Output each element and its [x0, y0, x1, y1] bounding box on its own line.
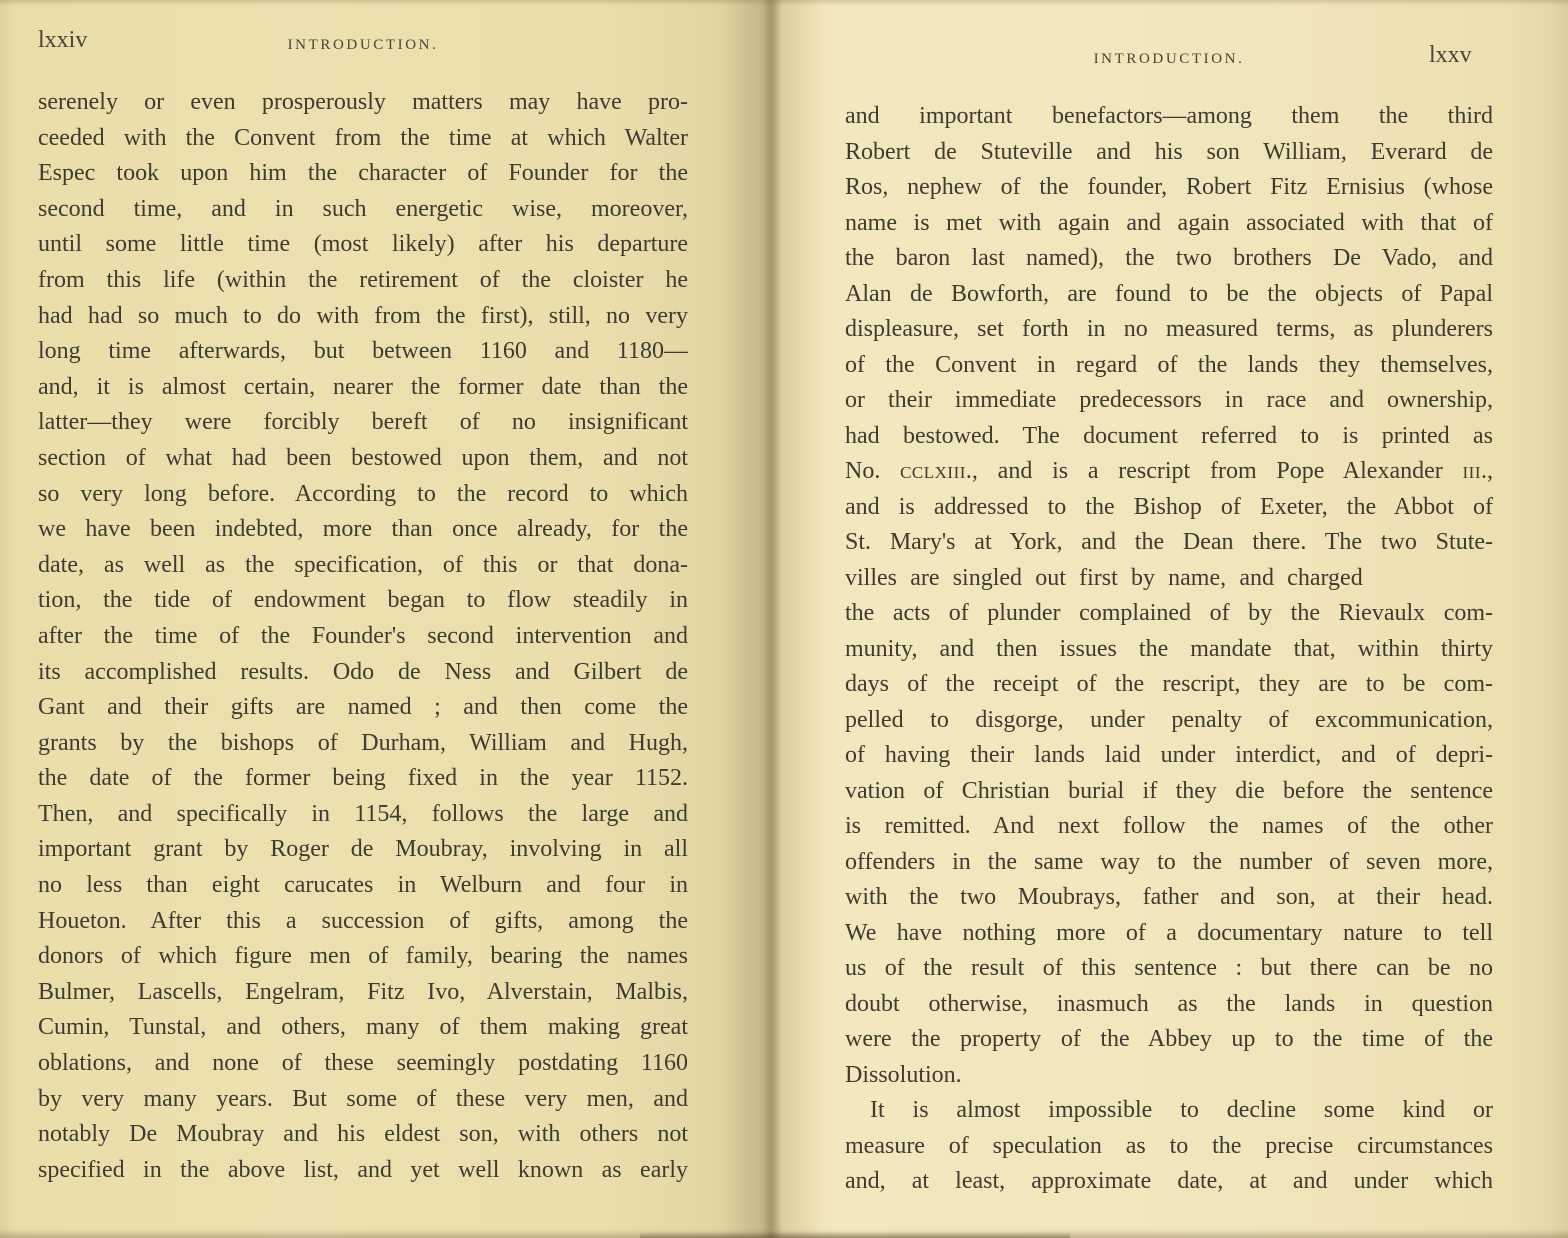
text-line: No. cclxiii., and is a rescript from Pop… [845, 454, 1493, 490]
text-line: Espec took upon him the character of Fou… [38, 156, 688, 192]
text-line: Alan de Bowforth, are found to be the ob… [845, 277, 1493, 313]
text-line: doubt otherwise, inasmuch as the lands i… [845, 987, 1493, 1023]
text-line: offenders in the same way to the number … [845, 845, 1493, 881]
text-line: Dissolution. [845, 1058, 1493, 1094]
text-line: displeasure, set forth in no measured te… [845, 312, 1493, 348]
text-line: It is almost impossible to decline some … [845, 1093, 1493, 1129]
text-line: after the time of the Founder's second i… [38, 619, 688, 655]
text-line: oblations, and none of these seemingly p… [38, 1046, 688, 1082]
text-line: date, as well as the specification, of t… [38, 548, 688, 584]
text-segment: No. [845, 458, 900, 484]
text-line: vation of Christian burial if they die b… [845, 774, 1493, 810]
text-line: donors of which figure men of family, be… [38, 939, 688, 975]
small-caps-numeral: cclxiii [900, 458, 966, 484]
left-running-header: INTRODUCTION. [38, 37, 688, 54]
text-line: important grant by Roger de Moubray, inv… [38, 832, 688, 868]
text-line: of the Convent in regard of the lands th… [845, 348, 1493, 384]
text-segment: ., [1481, 458, 1493, 484]
text-line: name is met with again and again associa… [845, 206, 1493, 242]
text-line: latter—they were forcibly bereft of no i… [38, 405, 688, 441]
text-line: pelled to disgorge, under penalty of exc… [845, 703, 1493, 739]
text-line: section of what had been bestowed upon t… [38, 441, 688, 477]
text-line: the acts of plunder complained of by the… [845, 596, 1493, 632]
text-line: St. Mary's at York, and the Dean there. … [845, 525, 1493, 561]
text-line: grants by the bishops of Durham, William… [38, 726, 688, 762]
text-line: the date of the former being fixed in th… [38, 761, 688, 797]
book-gutter-shadow [722, 0, 822, 1238]
text-line: us of the result of this sentence : but … [845, 951, 1493, 987]
text-line: its accomplished results. Odo de Ness an… [38, 655, 688, 691]
text-line: the baron last named), the two brothers … [845, 241, 1493, 277]
text-line: and, at least, approximate date, at and … [845, 1164, 1493, 1200]
text-line: tion, the tide of endowment began to flo… [38, 583, 688, 619]
right-page-number: lxxv [1429, 42, 1472, 69]
text-line: from this life (within the retirement of… [38, 263, 688, 299]
text-line: villes are singled out first by name, an… [845, 561, 1493, 597]
text-line: of having their lands laid under interdi… [845, 738, 1493, 774]
text-line: no less than eight carucates in Welburn … [38, 868, 688, 904]
text-line: is remitted. And next follow the names o… [845, 809, 1493, 845]
text-line: specified in the above list, and yet wel… [38, 1153, 688, 1189]
top-edge-shadow [0, 0, 1568, 6]
text-line: ceeded with the Convent from the time at… [38, 121, 688, 157]
text-line: by very many years. But some of these ve… [38, 1082, 688, 1118]
text-line: had bestowed. The document referred to i… [845, 419, 1493, 455]
text-segment: ., and is a rescript from Pope Alexander [966, 458, 1463, 484]
text-line: second time, and in such energetic wise,… [38, 192, 688, 228]
left-page-text: serenely or even prosperously matters ma… [38, 85, 688, 1188]
book-scan-spread: { "document": { "kind": "scanned book sp… [0, 0, 1568, 1238]
text-line: serenely or even prosperously matters ma… [38, 85, 688, 121]
text-line: we have been indebted, more than once al… [38, 512, 688, 548]
text-line: were the property of the Abbey up to the… [845, 1022, 1493, 1058]
text-line: Cumin, Tunstal, and others, many of them… [38, 1010, 688, 1046]
text-line: Gant and their gifts are named ; and the… [38, 690, 688, 726]
text-line: Ros, nephew of the founder, Robert Fitz … [845, 170, 1493, 206]
text-line: We have nothing more of a documentary na… [845, 916, 1493, 952]
text-line: and is addressed to the Bishop of Exeter… [845, 490, 1493, 526]
bottom-edge-smudge [640, 1232, 1070, 1238]
text-line: Then, and specifically in 1154, follows … [38, 797, 688, 833]
text-line: Houeton. After this a succession of gift… [38, 904, 688, 940]
text-line: long time afterwards, but between 1160 a… [38, 334, 688, 370]
text-line: Robert de Stuteville and his son William… [845, 135, 1493, 171]
right-page-text: and important benefactors—among them the… [845, 99, 1493, 1200]
text-line: so very long before. According to the re… [38, 477, 688, 513]
small-caps-numeral: iii [1463, 458, 1481, 484]
right-running-header: INTRODUCTION. [845, 51, 1493, 68]
text-line: and important benefactors—among them the… [845, 99, 1493, 135]
text-line: notably De Moubray and his eldest son, w… [38, 1117, 688, 1153]
text-line: until some little time (most likely) aft… [38, 227, 688, 263]
text-line: Bulmer, Lascells, Engelram, Fitz Ivo, Al… [38, 975, 688, 1011]
text-line: with the two Moubrays, father and son, a… [845, 880, 1493, 916]
text-line: munity, and then issues the mandate that… [845, 632, 1493, 668]
text-line: and, it is almost certain, nearer the fo… [38, 370, 688, 406]
text-line: or their immediate predecessors in race … [845, 383, 1493, 419]
text-line: measure of speculation as to the precise… [845, 1129, 1493, 1165]
text-line: days of the receipt of the rescript, the… [845, 667, 1493, 703]
text-line: had had so much to do with from the firs… [38, 299, 688, 335]
